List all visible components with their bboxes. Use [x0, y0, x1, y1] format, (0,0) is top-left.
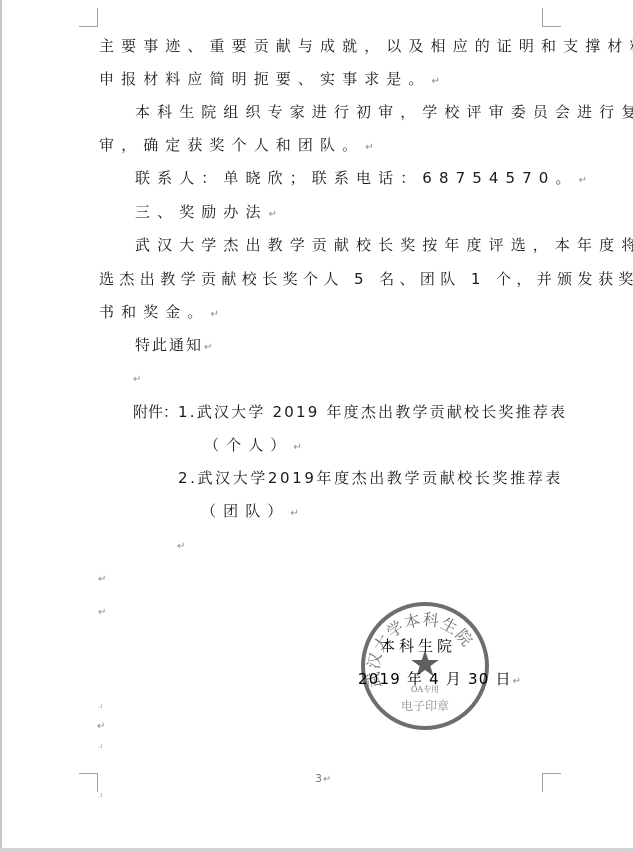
paragraph-line: 申报材料应简明扼要、实事求是。↵	[99, 70, 440, 91]
paragraph-mark-icon: ↵	[293, 442, 301, 453]
document-page: 主要事迹、重要贡献与成就，以及相应的证明和支撑材料。 申报材料应简明扼要、实事求…	[0, 0, 633, 848]
paragraph-mark-icon: ↵	[323, 774, 331, 785]
paragraph-mark-icon: ↵	[204, 342, 212, 353]
margin-corner-top-right	[542, 8, 561, 27]
closing-line: 特此通知↵	[135, 336, 212, 357]
paragraph-line: 选杰出教学贡献校长奖个人 5 名、团队 1 个，并颁发获奖证	[99, 270, 633, 288]
paragraph-line: 主要事迹、重要贡献与成就，以及相应的证明和支撑材料。	[99, 37, 633, 55]
attachment-item-suffix: （团队）↵	[201, 502, 299, 523]
paragraph-mark-icon: ↵	[98, 607, 106, 619]
seal-bottom-label: 电子印章	[401, 698, 449, 713]
paragraph-mark-icon: ↵	[98, 574, 106, 586]
official-seal-stamp: 武汉大学本科生院 ★ OA专用 电子印章	[361, 602, 489, 730]
paragraph-mark-small-icon: .ı	[98, 702, 102, 710]
paragraph-mark-icon: ↵	[365, 142, 373, 153]
contact-line: 联系人：单晓欣；联系电话：68754570。↵	[135, 169, 587, 190]
signature-organization: 本科生院	[380, 637, 456, 655]
paragraph-mark-small-icon: .ı	[98, 791, 102, 799]
paragraph-line: 审，确定获奖个人和团队。↵	[99, 136, 374, 157]
signature-date: 2019 年 4 月 30 日↵	[358, 670, 521, 691]
paragraph-mark-icon: ↵	[579, 175, 587, 186]
paragraph-mark-icon: ↵	[211, 309, 219, 320]
attachment-item: 2.武汉大学2019年度杰出教学贡献校长奖推荐表	[178, 469, 563, 487]
attachment-item: 附件：1.武汉大学 2019 年度杰出教学贡献校长奖推荐表	[133, 403, 567, 421]
paragraph-mark-icon: ↵	[177, 541, 185, 553]
paragraph-mark-icon: ↵	[290, 508, 298, 519]
paragraph-mark-icon: ↵	[432, 76, 440, 87]
section-heading: 三、奖励办法↵	[135, 203, 277, 224]
paragraph-line: 书和奖金。↵	[99, 303, 219, 324]
paragraph-mark-icon: ↵	[269, 209, 277, 220]
seal-graphic-icon: 武汉大学本科生院 ★ OA专用 电子印章	[361, 602, 489, 730]
margin-corner-bottom-left	[79, 773, 98, 792]
paragraph-line: 武汉大学杰出教学贡献校长奖按年度评选，本年度将评	[135, 236, 633, 254]
margin-corner-bottom-right	[542, 773, 561, 792]
margin-corner-top-left	[79, 8, 98, 27]
page-number: 3↵	[315, 772, 331, 785]
paragraph-mark-icon: ↵	[133, 374, 141, 386]
paragraph-mark-small-icon: .ı	[98, 742, 102, 750]
paragraph-mark-icon: ↵	[97, 721, 105, 733]
paragraph-line: 本科生院组织专家进行初审，学校评审委员会进行复	[135, 103, 633, 121]
attachment-item-suffix: （个人）↵	[204, 436, 302, 457]
paragraph-mark-icon: ↵	[513, 676, 521, 687]
